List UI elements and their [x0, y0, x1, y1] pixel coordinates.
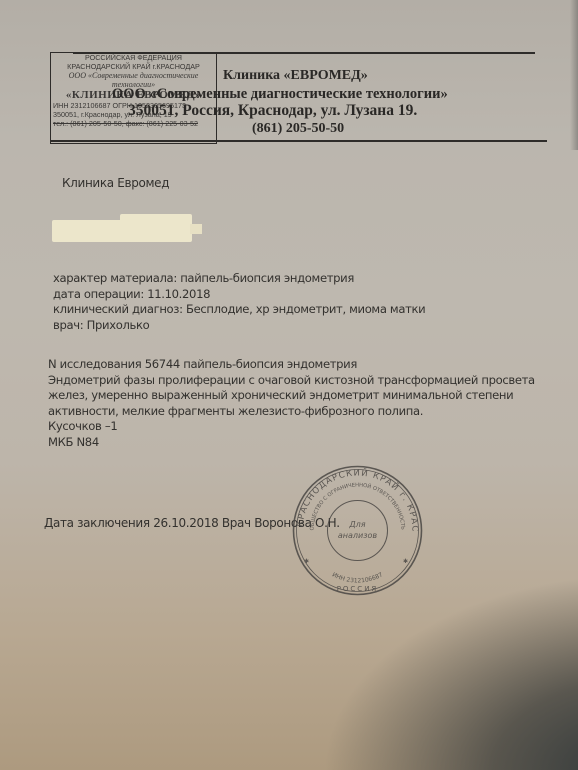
document-page: РОССИЙСКАЯ ФЕДЕРАЦИЯ КРАСНОДАРСКИЙ КРАЙ …: [0, 0, 578, 770]
findings-line: Эндометрий фазы пролиферации с очаговой …: [48, 373, 535, 389]
letterhead-organization: ООО «Современные диагностические техноло…: [112, 86, 448, 103]
round-seal-icon: КРАСНОДАРСКИЙ КРАЙ г. КРАСНОДАР ОБЩЕСТВО…: [290, 463, 425, 598]
operation-date: дата операции: 11.10.2018: [53, 287, 425, 303]
patient-name-redaction-tail: [190, 224, 202, 234]
letterhead-address: 350051, Россия, Краснодар, ул. Лузана 19…: [128, 102, 417, 120]
stamp-line-phone: тел.: (861) 205-50-50, факс: (861) 225-0…: [51, 119, 216, 128]
icd-code: МКБ N84: [48, 435, 535, 451]
stamp-line-org: ООО «Современные диагностические: [51, 71, 216, 80]
svg-text:ИНН 2312106687: ИНН 2312106687: [331, 571, 384, 584]
svg-text:✱: ✱: [403, 558, 408, 565]
svg-text:✱: ✱: [304, 558, 309, 565]
findings-line: желез, умеренно выраженный хронический э…: [48, 388, 535, 404]
seal-inn-text: ИНН 2312106687: [331, 571, 384, 584]
letterhead-clinic-name: Клиника «ЕВРОМЕД»: [223, 68, 368, 84]
letterhead-phone: (861) 205-50-50: [252, 121, 344, 137]
referring-doctor: врач: Прихолько: [53, 318, 425, 334]
seal-center-line1: Для: [348, 520, 365, 529]
material-type: характер материала: пайпель-биопсия эндо…: [53, 271, 425, 287]
seal-center-line2: анализов: [338, 531, 377, 540]
stamp-line-region: КРАСНОДАРСКИЙ КРАЙ г.КРАСНОДАР: [51, 62, 216, 71]
stamp-line-country: РОССИЙСКАЯ ФЕДЕРАЦИЯ: [51, 53, 216, 62]
clinical-diagnosis: клинический диагноз: Бесплодие, хр эндом…: [53, 302, 425, 318]
pieces-count: Кусочков –1: [48, 419, 535, 435]
paper-edge-shadow: [570, 0, 578, 150]
clinic-label: Клиника Евромед: [62, 176, 169, 191]
patient-name-redaction-top: [120, 214, 192, 228]
seal-country-text: РОССИЯ: [337, 585, 379, 593]
findings-line: активности, мелкие фрагменты железисто-ф…: [48, 404, 535, 420]
findings-block: N исследования 56744 пайпель-биопсия энд…: [48, 357, 535, 450]
specimen-meta: характер материала: пайпель-биопсия эндо…: [53, 271, 425, 333]
study-number: N исследования 56744 пайпель-биопсия энд…: [48, 357, 535, 373]
